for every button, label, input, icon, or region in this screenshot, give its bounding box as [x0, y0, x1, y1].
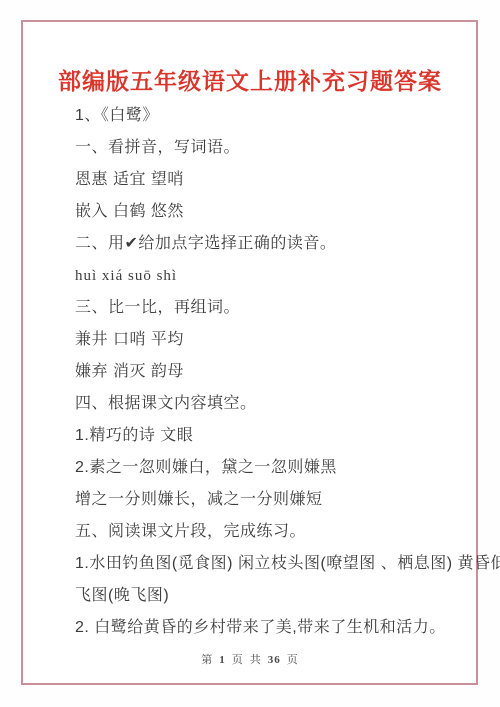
total-pages: 36 [268, 654, 281, 666]
section-4-heading: 四、根据课文内容填空。 [75, 388, 475, 420]
answer-line: 嫌弃 消灭 韵母 [75, 356, 475, 388]
footer-total-label: 共 [250, 654, 262, 666]
answer-line: 恩惠 适宜 望哨 [75, 164, 475, 196]
answer-line: 2. 白鹭给黄昏的乡村带来了美,带来了生机和活力。 [75, 612, 475, 644]
pinyin-answer-line: huì xiá suō shì [75, 260, 475, 292]
section-2-heading: 二、用✔给加点字选择正确的读音。 [75, 228, 475, 260]
lesson-title: 1、《白鹭》 [75, 100, 475, 132]
answer-line: 兼井 口哨 平均 [75, 324, 475, 356]
answer-line: 飞图(晚飞图) [75, 580, 475, 612]
answer-line: 1.水田钓鱼图(觅食图) 闲立枝头图(嘹望图 、栖息图) 黄昏低 [75, 548, 475, 580]
answer-line: 2.素之一忽则嫌白，黛之一忽则嫌黑 [75, 452, 475, 484]
answer-line: 嵌入 白鹤 悠然 [75, 196, 475, 228]
page-number: 1 [219, 654, 226, 666]
section-1-heading: 一、看拼音，写词语。 [75, 132, 475, 164]
section-5-heading: 五、阅读课文片段，完成练习。 [75, 516, 475, 548]
page-footer: 第1页共36页 [0, 651, 500, 667]
document-body: 1、《白鹭》 一、看拼音，写词语。 恩惠 适宜 望哨 嵌入 白鹤 悠然 二、用✔… [75, 100, 475, 644]
section-3-heading: 三、比一比，再组词。 [75, 292, 475, 324]
answer-line: 增之一分则嫌长，减之一分则嫌短 [75, 484, 475, 516]
page-title: 部编版五年级语文上册补充习题答案 [0, 63, 500, 96]
footer-prefix-label: 第 [201, 654, 213, 666]
footer-page-unit: 页 [232, 654, 244, 666]
footer-total-unit: 页 [287, 654, 299, 666]
answer-line: 1.精巧的诗 文眼 [75, 420, 475, 452]
